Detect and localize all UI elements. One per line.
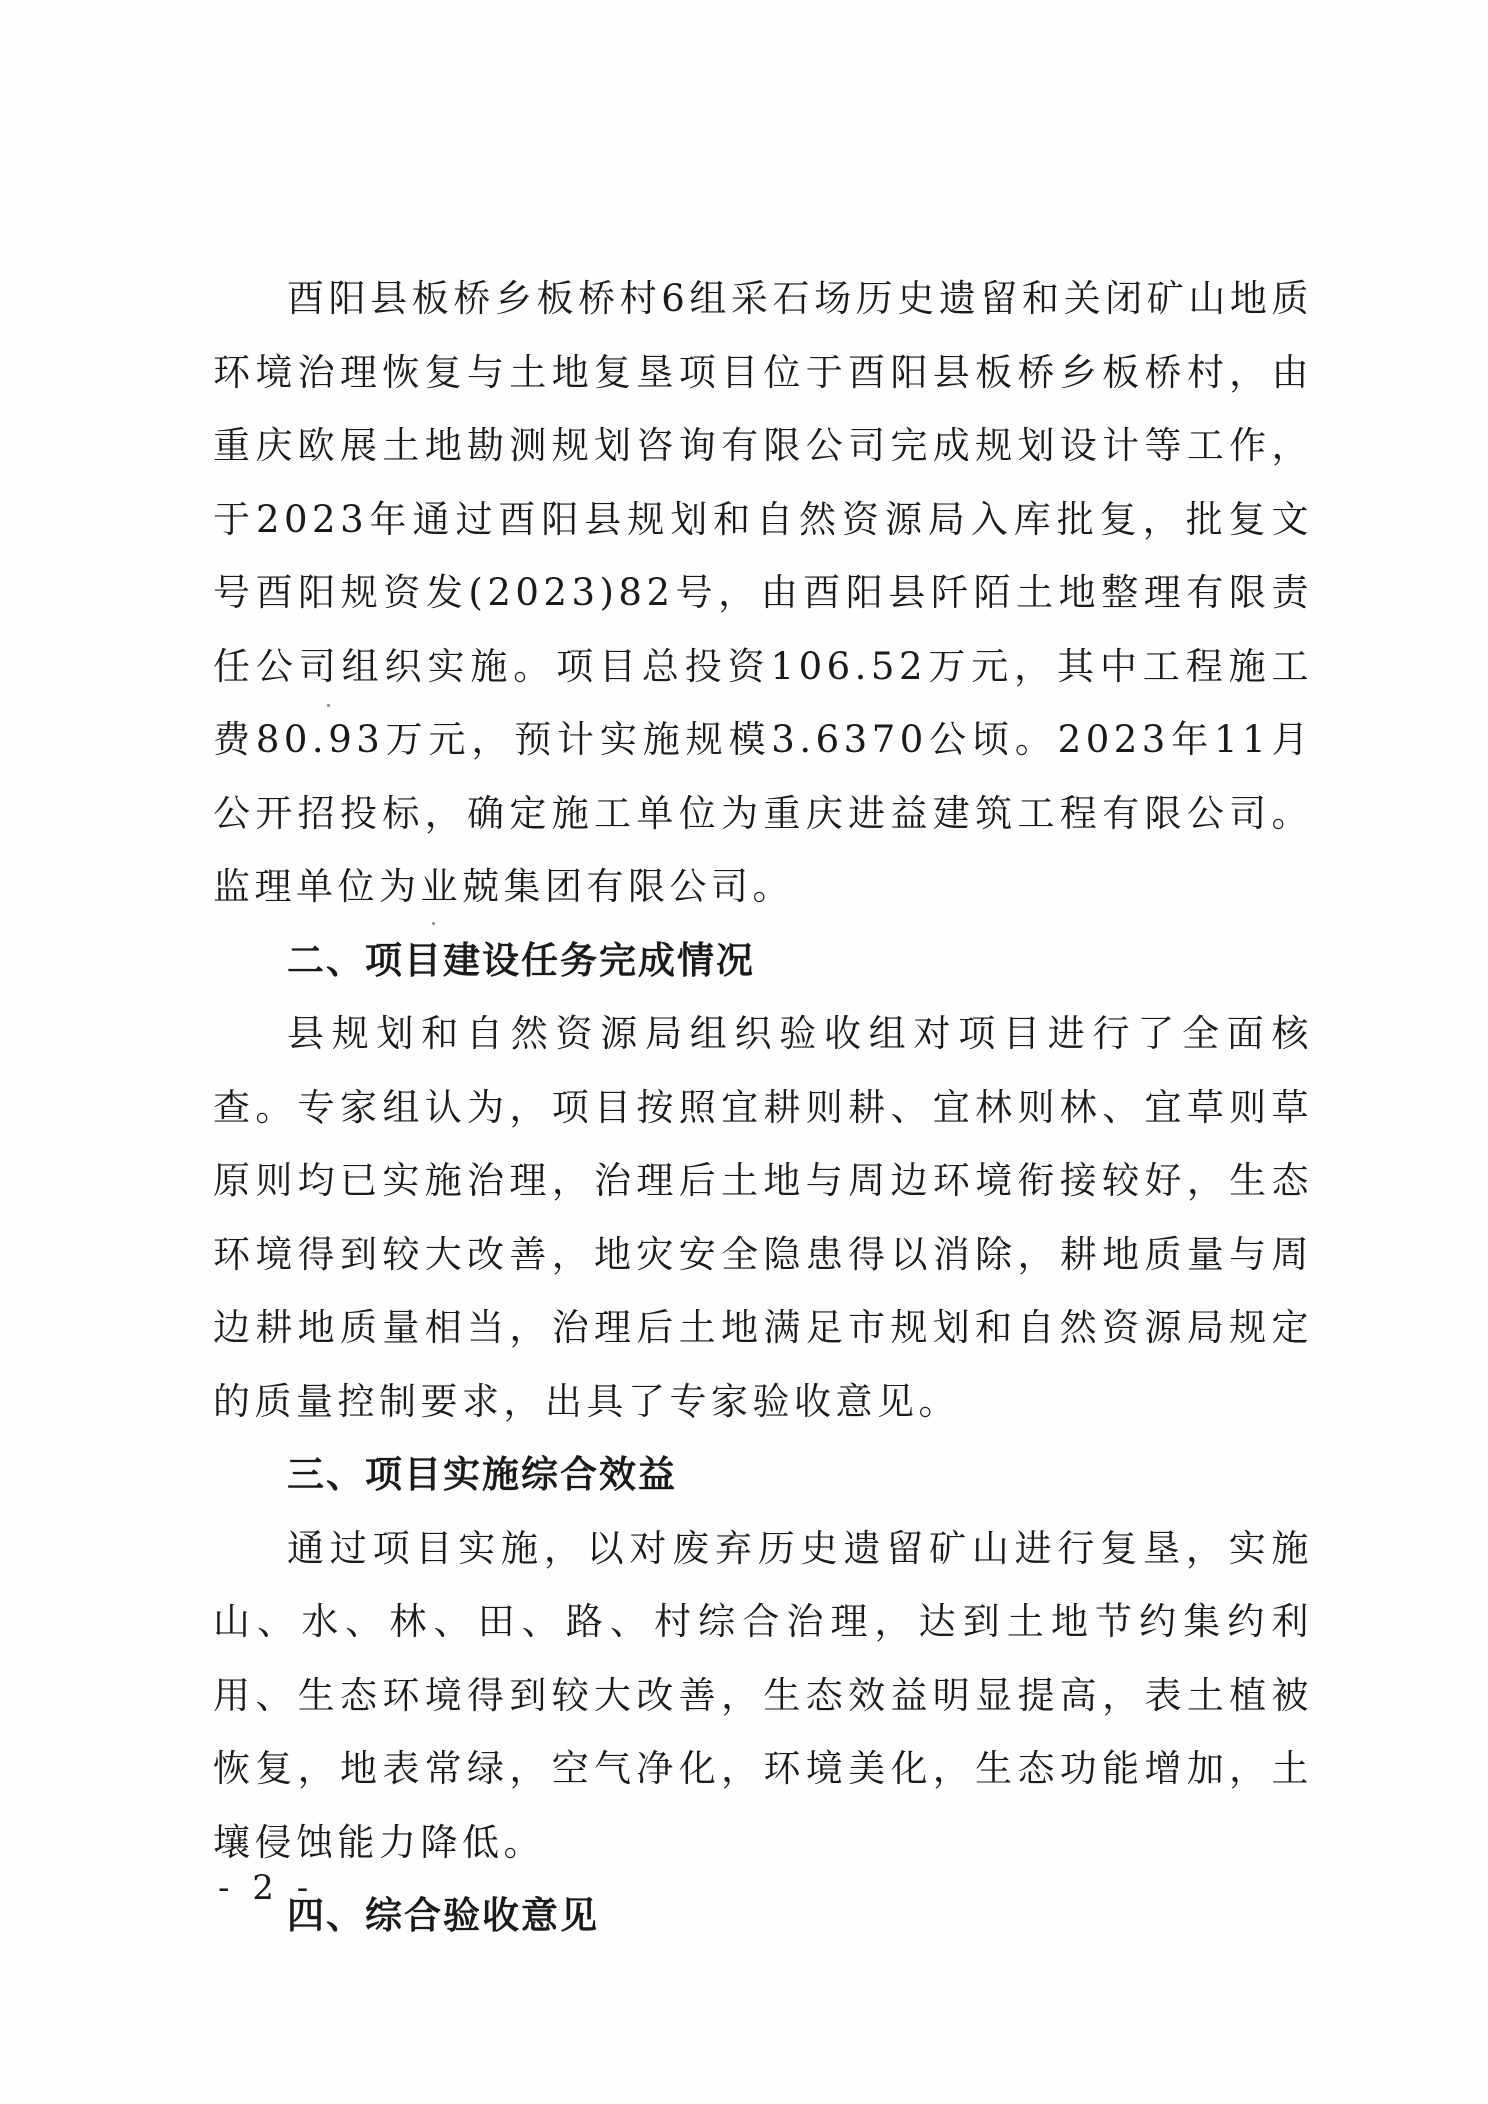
paragraph-project-overview: 酉阳县板桥乡板桥村6组采石场历史遗留和关闭矿山地质环境治理恢复与土地复垦项目位于… — [213, 262, 1313, 924]
paragraph-task-completion: 县规划和自然资源局组织验收组对项目进行了全面核查。专家组认为，项目按照宜耕则耕、… — [213, 997, 1313, 1438]
heading-comprehensive-benefits: 三、项目实施综合效益 — [213, 1438, 1313, 1512]
scan-artifact — [327, 704, 330, 707]
paragraph-comprehensive-benefits: 通过项目实施，以对废弃历史遗留矿山进行复垦，实施山、水、林、田、路、村综合治理，… — [213, 1512, 1313, 1880]
document-body: 酉阳县板桥乡板桥村6组采石场历史遗留和关闭矿山地质环境治理恢复与土地复垦项目位于… — [213, 262, 1313, 1953]
page-number: - 2 - — [218, 1868, 314, 1908]
heading-task-completion: 二、项目建设任务完成情况 — [213, 924, 1313, 998]
scan-artifact — [391, 883, 394, 886]
scan-artifact — [432, 922, 435, 925]
heading-acceptance-opinion: 四、综合验收意见 — [213, 1879, 1313, 1953]
document-page: 酉阳县板桥乡板桥村6组采石场历史遗留和关闭矿山地质环境治理恢复与土地复垦项目位于… — [0, 0, 1488, 2104]
